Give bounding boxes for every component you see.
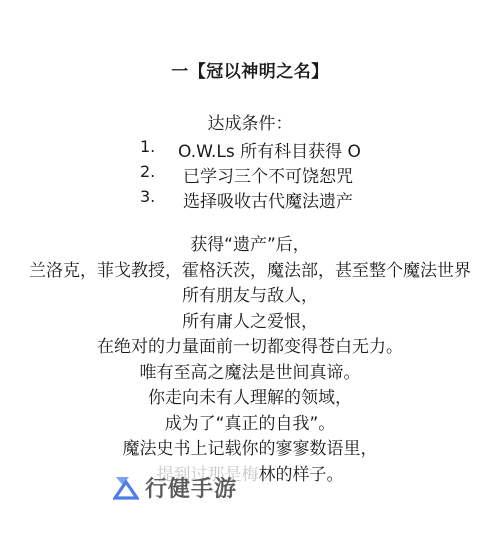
verse-line: 所有庸人之爱恨， — [0, 310, 500, 336]
condition-number: 2. — [140, 162, 170, 181]
condition-text: 选择吸收古代魔法遗产 — [183, 187, 353, 212]
verse-line: 所有朋友与敌人， — [0, 284, 500, 310]
condition-text: 已学习三个不可饶恕咒 — [183, 162, 353, 187]
hourglass-triangle-logo-icon — [113, 474, 139, 500]
condition-text: O.W.Ls 所有科目获得 O — [178, 137, 361, 162]
verse-line: 在绝对的力量面前一切都变得苍白无力。 — [0, 335, 500, 361]
verse-line: 魔法史书上记载你的寥寥数语里， — [0, 437, 500, 463]
verse-line: 兰洛克，菲戈教授，霍格沃茨，魔法部，甚至整个魔法世界 — [0, 259, 500, 285]
verse-line: 唯有至高之魔法是世间真谛。 — [0, 361, 500, 387]
page-title: 一【冠以神明之名】 — [0, 57, 500, 82]
verse-line-last: 提到过那是梅林的样子。 — [0, 463, 500, 489]
condition-item: 2. 已学习三个不可饶恕咒 — [0, 162, 500, 186]
document-page: 一【冠以神明之名】 达成条件： 1. O.W.Ls 所有科目获得 O 2. 已学… — [0, 0, 500, 535]
watermark-text: 行健手游 — [145, 472, 237, 503]
verse-line-rest: 林的样子。 — [259, 465, 344, 485]
condition-number: 3. — [140, 187, 170, 206]
verse-line: 获得“遗产”后， — [0, 233, 500, 259]
condition-item: 1. O.W.Ls 所有科目获得 O — [0, 137, 500, 161]
conditions-heading: 达成条件： — [0, 109, 500, 134]
verse-line: 成为了“真正的自我”。 — [0, 412, 500, 438]
watermark: 行健手游 — [113, 470, 237, 504]
verse-line: 你走向未有人理解的领域， — [0, 386, 500, 412]
condition-item: 3. 选择吸收古代魔法遗产 — [0, 187, 500, 211]
condition-number: 1. — [140, 137, 170, 156]
verse-block: 获得“遗产”后， 兰洛克，菲戈教授，霍格沃茨，魔法部，甚至整个魔法世界 所有朋友… — [0, 233, 500, 488]
